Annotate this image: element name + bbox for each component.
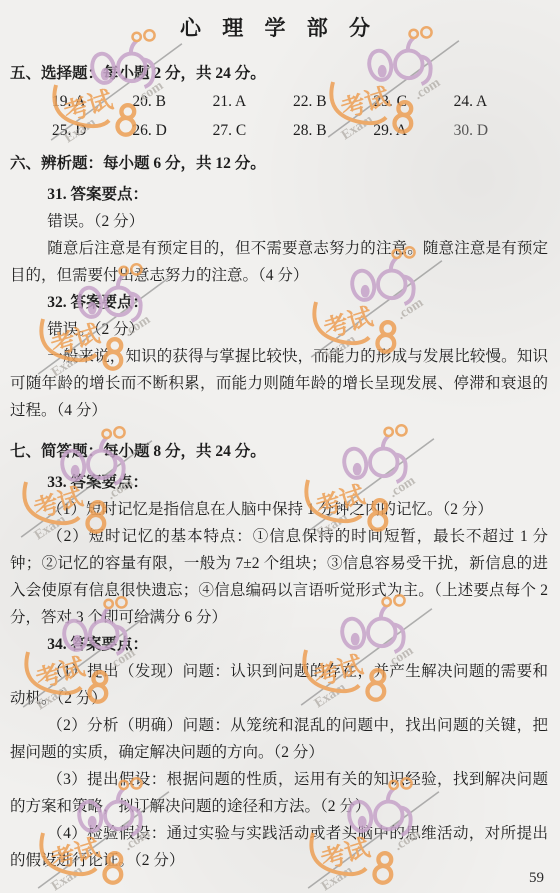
answer-cell: 21. A [213,91,293,113]
section-short-answer-heading: 七、简答题：每小题 8 分，共 24 分。 [10,438,548,465]
page-number: 59 [529,870,544,887]
answer-cell: 19. A [52,91,132,113]
answer-cell: 26. D [132,120,212,142]
answer-cell: 22. B [293,91,373,113]
item-32-verdict: 错误。（2 分） [10,316,548,343]
answer-cell: 23. C [373,91,453,113]
item-31-label: 31. 答案要点： [10,181,548,208]
item-33-point-1: （1）短时记忆是指信息在人脑中保持 1 分钟之内的记忆。（2 分） [10,496,548,523]
section-choice: 五、选择题：每小题 2 分，共 24 分。 19. A 20. B 21. A … [10,60,548,142]
answer-cell: 20. B [132,91,212,113]
item-33-point-2: （2）短时记忆的基本特点：①信息保持的时间短暂，最长不超过 1 分钟；②记忆的容… [10,523,548,631]
item-34-point-2: （2）分析（明确）问题：从笼统和混乱的问题中，找出问题的关键，把握问题的实质，确… [10,712,548,766]
item-32-label: 32. 答案要点： [10,289,548,316]
answer-cell: 30. D [454,120,534,142]
section-analysis-heading: 六、辨析题：每小题 6 分，共 12 分。 [10,150,548,177]
item-31-verdict: 错误。（2 分） [10,208,548,235]
page-title: 心 理 学 部 分 [10,12,548,42]
item-34-point-3: （3）提出假设：根据问题的性质，运用有关的知识经验，找到解决问题的方案和策略，拟… [10,766,548,820]
answer-cell: 28. B [293,120,373,142]
document-page: 心 理 学 部 分 五、选择题：每小题 2 分，共 24 分。 19. A 20… [0,0,560,874]
answer-cell: 29. A [373,120,453,142]
section-analysis: 六、辨析题：每小题 6 分，共 12 分。 31. 答案要点： 错误。（2 分）… [10,150,548,424]
answer-cell: 25. D [52,120,132,142]
section-short-answer: 七、简答题：每小题 8 分，共 24 分。 33. 答案要点： （1）短时记忆是… [10,438,548,874]
choice-answer-grid: 19. A 20. B 21. A 22. B 23. C 24. A 25. … [52,91,534,142]
item-34-label: 34. 答案要点： [10,631,548,658]
item-31-explanation: 随意后注意是有预定目的，但不需要意志努力的注意。随意注意是有预定目的，但需要付出… [10,235,548,289]
item-34-point-1: （1）提出（发现）问题：认识到问题的存在，并产生解决问题的需要和动机。（2 分） [10,658,548,712]
section-choice-heading: 五、选择题：每小题 2 分，共 24 分。 [10,60,548,87]
answer-cell: 24. A [454,91,534,113]
item-32-explanation: 一般来说，知识的获得与掌握比较快，而能力的形成与发展比较慢。知识可随年龄的增长而… [10,343,548,424]
item-33-label: 33. 答案要点： [10,469,548,496]
answer-cell: 27. C [213,120,293,142]
item-34-point-4: （4）检验假设：通过实验与实践活动或者头脑中的思维活动，对所提出的假设进行论证。… [10,820,548,874]
